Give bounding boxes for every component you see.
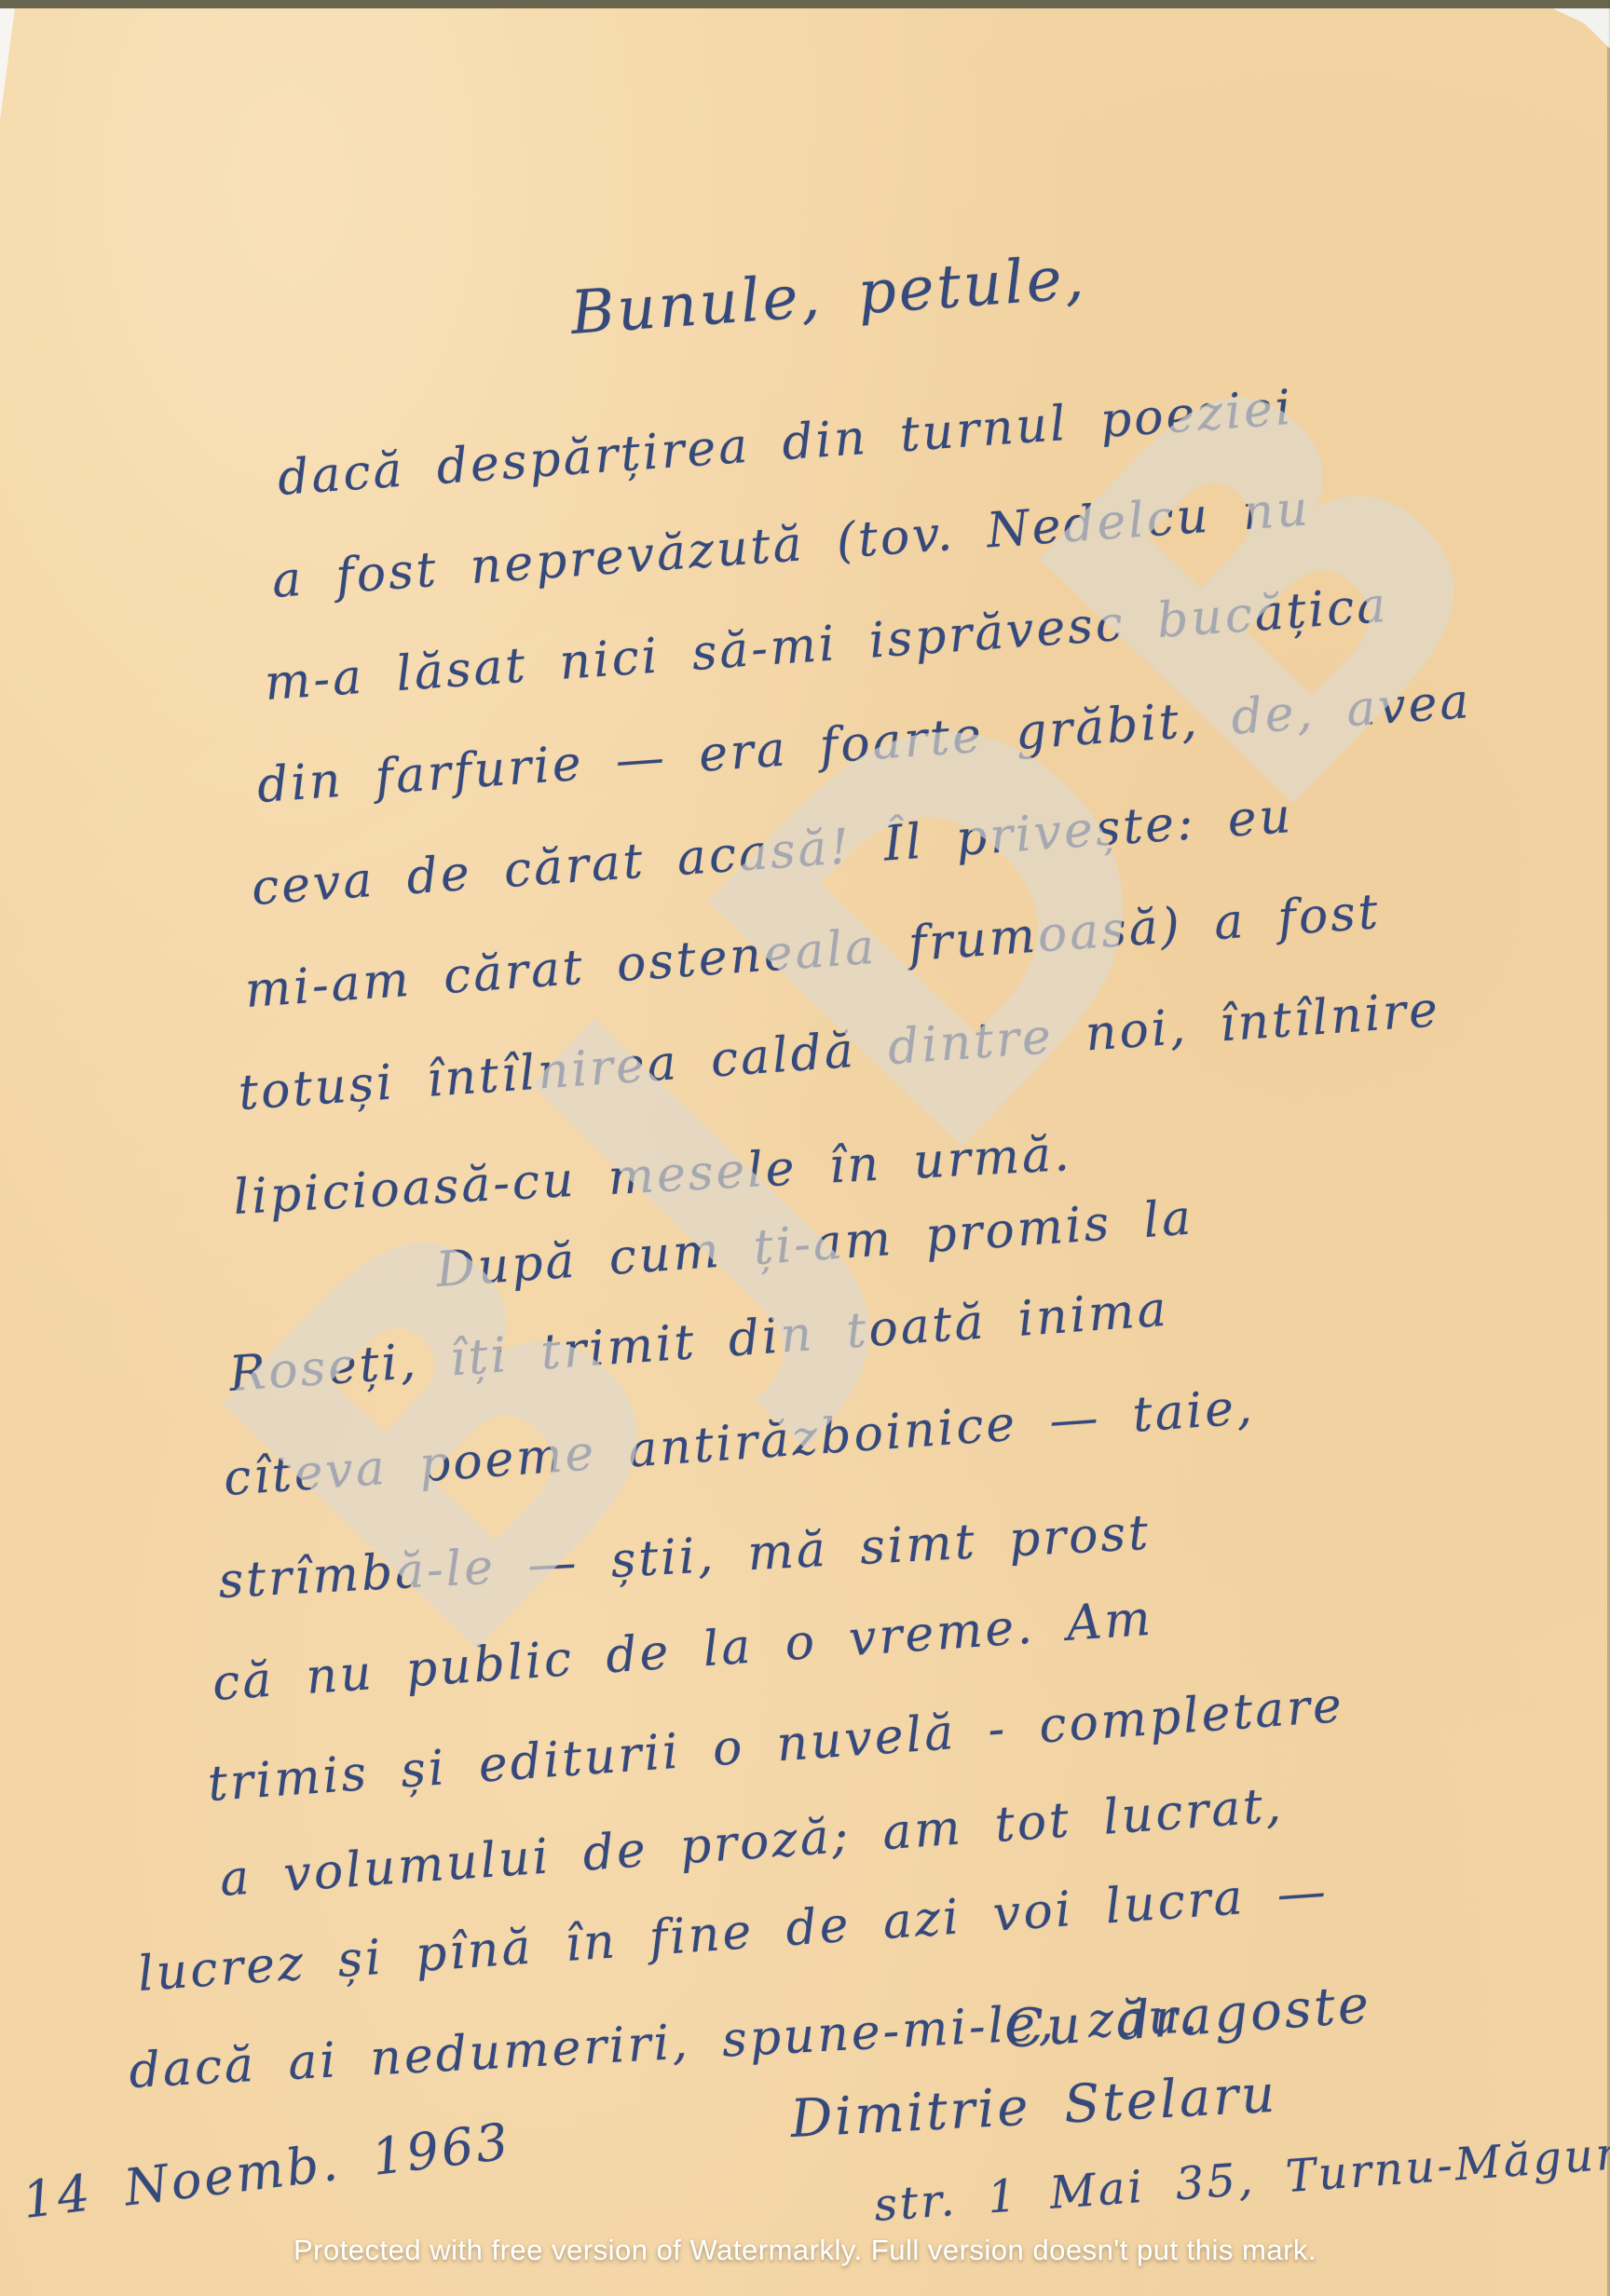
letter-valediction: Cu dragoste — [1003, 1979, 1373, 2057]
letter-address: str. 1 Mai 35, Turnu-Măgurele — [873, 2126, 1610, 2228]
letter-line: a fost neprevăzută (tov. Nedelcu nu — [270, 484, 1312, 605]
letter-signature: Dimitrie Stelaru — [789, 2069, 1278, 2146]
letter-line: dacă despărțirea din turnul poeziei — [276, 384, 1295, 503]
letter-greeting: Bunule, petule, — [569, 248, 1088, 344]
letter-line: Roseți, îți trimit din toată inima — [227, 1285, 1170, 1399]
letter-scan-paper: Bunule, petule, dacă despărțirea din tur… — [0, 0, 1610, 2296]
paper-corner-chip-top-right — [1552, 8, 1610, 75]
letter-line: ceva de cărat acasă! Îl privește: eu — [250, 792, 1294, 913]
letter-date: 14 Noemb. 1963 — [20, 2116, 513, 2226]
paper-corner-top-left — [0, 8, 15, 120]
letter-line: mi-am cărat osteneala frumoasă) a fost — [243, 888, 1382, 1015]
letter-line: strîmbă-le — știi, mă simt prost — [217, 1509, 1152, 1606]
scanner-edge-top — [0, 0, 1610, 8]
letter-line: m-a lăsat nici să-mi isprăvesc bucățica — [263, 581, 1389, 708]
watermarkly-notice: Protected with free version of Watermark… — [0, 2234, 1610, 2267]
letter-line: că nu public de la o vreme. Am — [211, 1595, 1154, 1708]
letter-line: cîteva poeme antirăzboinice — taie, — [222, 1383, 1256, 1503]
